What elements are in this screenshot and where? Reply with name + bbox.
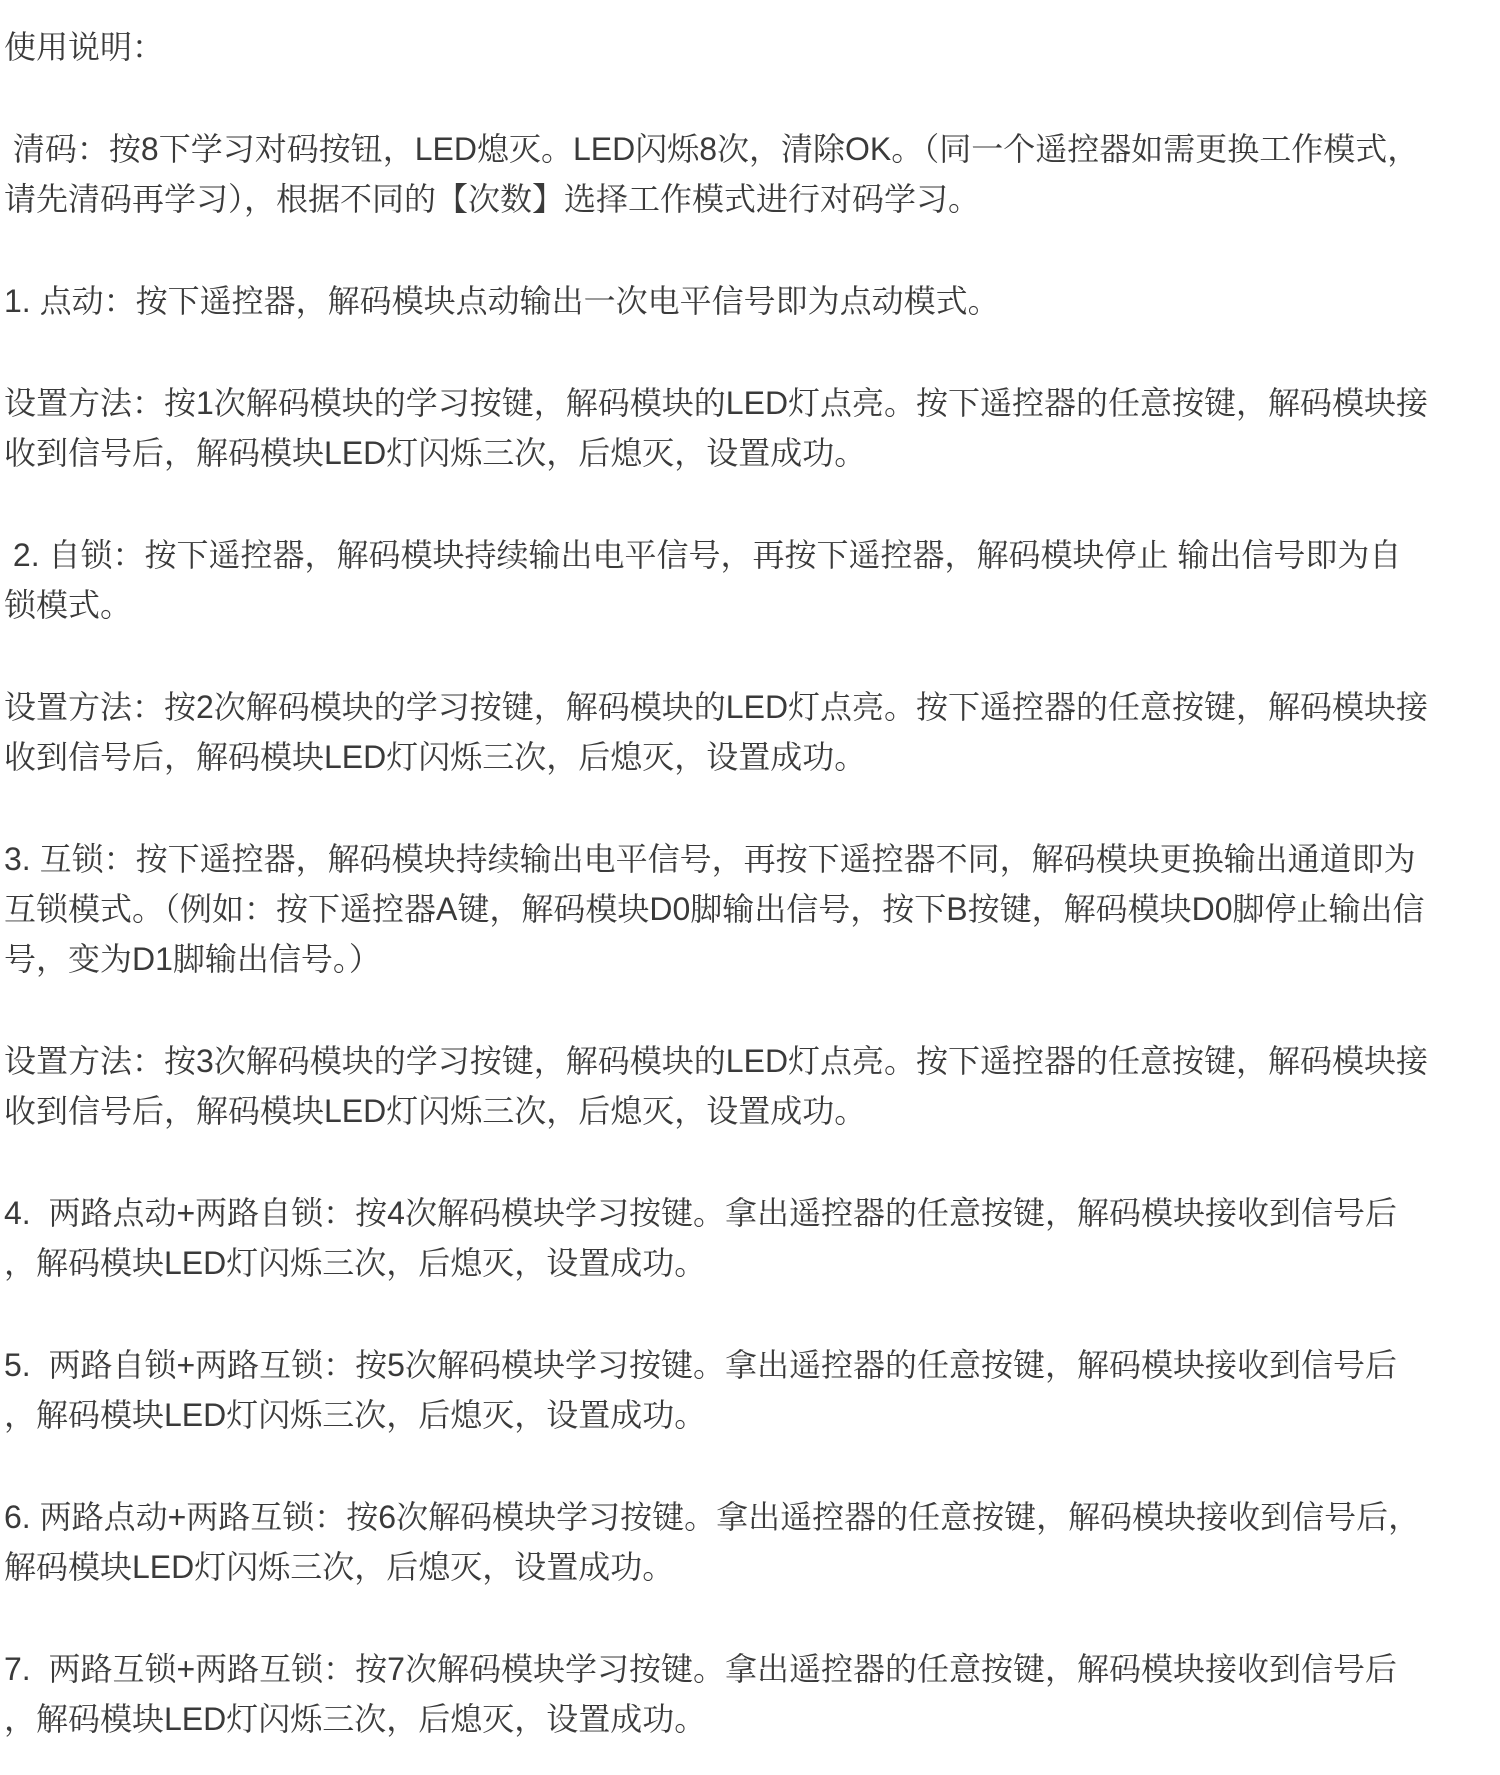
text-line: 6. 两路点动+两路互锁：按6次解码模块学习按键。拿出遥控器的任意按键，解码模块…	[4, 1492, 1500, 1542]
text-line: 号，变为D1脚输出信号。）	[4, 934, 1500, 984]
text-line: 锁模式。	[4, 580, 1500, 630]
text-line: 设置方法：按3次解码模块的学习按键，解码模块的LED灯点亮。按下遥控器的任意按键…	[4, 1036, 1500, 1086]
text-line: 3. 互锁：按下遥控器，解码模块持续输出电平信号，再按下遥控器不同，解码模块更换…	[4, 834, 1500, 884]
paragraph-mode-1-jog: 1. 点动：按下遥控器，解码模块点动输出一次电平信号即为点动模式。	[4, 276, 1500, 326]
paragraph-setup-2: 设置方法：按2次解码模块的学习按键，解码模块的LED灯点亮。按下遥控器的任意按键…	[4, 682, 1500, 782]
text-line: 收到信号后，解码模块LED灯闪烁三次，后熄灭，设置成功。	[4, 428, 1500, 478]
text-line: 收到信号后，解码模块LED灯闪烁三次，后熄灭，设置成功。	[4, 1086, 1500, 1136]
text-line: ，解码模块LED灯闪烁三次，后熄灭，设置成功。	[4, 1390, 1500, 1440]
text-line: 4. 两路点动+两路自锁：按4次解码模块学习按键。拿出遥控器的任意按键，解码模块…	[4, 1188, 1500, 1238]
page-title: 使用说明：	[4, 22, 1500, 72]
paragraph-title: 使用说明：	[4, 22, 1500, 72]
text-line: 请先清码再学习），根据不同的【次数】选择工作模式进行对码学习。	[4, 174, 1500, 224]
paragraph-mode-2-latch: 2. 自锁：按下遥控器，解码模块持续输出电平信号，再按下遥控器，解码模块停止 输…	[4, 530, 1500, 630]
text-line: 7. 两路互锁+两路互锁：按7次解码模块学习按键。拿出遥控器的任意按键，解码模块…	[4, 1644, 1500, 1694]
paragraph-setup-3: 设置方法：按3次解码模块的学习按键，解码模块的LED灯点亮。按下遥控器的任意按键…	[4, 1036, 1500, 1136]
text-line: 解码模块LED灯闪烁三次，后熄灭，设置成功。	[4, 1542, 1500, 1592]
instructions-document: 使用说明： 清码：按8下学习对码按钮，LED熄灭。LED闪烁8次，清除OK。（同…	[0, 0, 1500, 1744]
paragraph-clear-code: 清码：按8下学习对码按钮，LED熄灭。LED闪烁8次，清除OK。（同一个遥控器如…	[4, 124, 1500, 224]
paragraph-mode-5: 5. 两路自锁+两路互锁：按5次解码模块学习按键。拿出遥控器的任意按键，解码模块…	[4, 1340, 1500, 1440]
text-line: 互锁模式。（例如：按下遥控器A键，解码模块D0脚输出信号，按下B按键，解码模块D…	[4, 884, 1500, 934]
text-line: ，解码模块LED灯闪烁三次，后熄灭，设置成功。	[4, 1238, 1500, 1288]
text-line: 设置方法：按1次解码模块的学习按键，解码模块的LED灯点亮。按下遥控器的任意按键…	[4, 378, 1500, 428]
paragraph-setup-1: 设置方法：按1次解码模块的学习按键，解码模块的LED灯点亮。按下遥控器的任意按键…	[4, 378, 1500, 478]
text-line: 设置方法：按2次解码模块的学习按键，解码模块的LED灯点亮。按下遥控器的任意按键…	[4, 682, 1500, 732]
text-line: 1. 点动：按下遥控器，解码模块点动输出一次电平信号即为点动模式。	[4, 276, 1500, 326]
text-line: 5. 两路自锁+两路互锁：按5次解码模块学习按键。拿出遥控器的任意按键，解码模块…	[4, 1340, 1500, 1390]
text-line: 收到信号后，解码模块LED灯闪烁三次，后熄灭，设置成功。	[4, 732, 1500, 782]
text-line: 清码：按8下学习对码按钮，LED熄灭。LED闪烁8次，清除OK。（同一个遥控器如…	[4, 124, 1500, 174]
text-line: 2. 自锁：按下遥控器，解码模块持续输出电平信号，再按下遥控器，解码模块停止 输…	[4, 530, 1500, 580]
text-line: ，解码模块LED灯闪烁三次，后熄灭，设置成功。	[4, 1694, 1500, 1744]
paragraph-mode-7: 7. 两路互锁+两路互锁：按7次解码模块学习按键。拿出遥控器的任意按键，解码模块…	[4, 1644, 1500, 1744]
paragraph-mode-3-interlock: 3. 互锁：按下遥控器，解码模块持续输出电平信号，再按下遥控器不同，解码模块更换…	[4, 834, 1500, 984]
paragraph-mode-4: 4. 两路点动+两路自锁：按4次解码模块学习按键。拿出遥控器的任意按键，解码模块…	[4, 1188, 1500, 1288]
paragraph-mode-6: 6. 两路点动+两路互锁：按6次解码模块学习按键。拿出遥控器的任意按键，解码模块…	[4, 1492, 1500, 1592]
